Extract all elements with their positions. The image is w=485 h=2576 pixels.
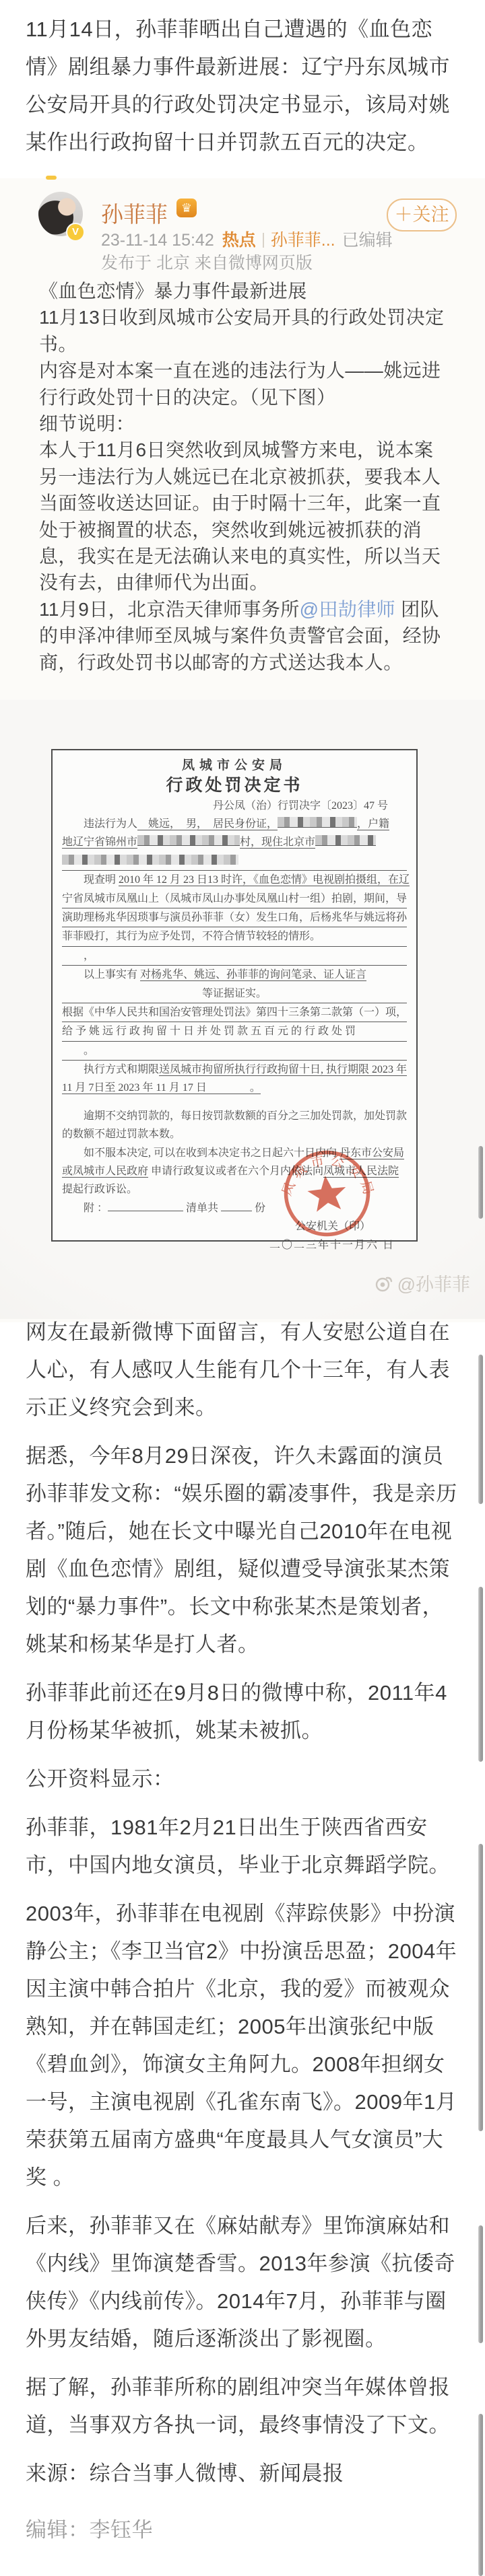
document-line: 违法行为人 姚远， 男， 居民身份证，，户籍 (62, 815, 407, 833)
watermark-text: @孙菲菲 (397, 1270, 470, 1296)
edited-label: 已编辑 (342, 231, 393, 250)
paragraph-comments: 网友在最新微博下面留言，有人安慰公道自在人心，有人感叹人生能有几个十三年，有人表… (26, 1314, 459, 1427)
posted-from-line: 发布于 北京 来自微博网页版 (101, 250, 313, 274)
document-line (62, 1098, 407, 1107)
paragraph-bio: 孙菲菲，1981年2月21日出生于陕西省西安市，中国内地女演员，毕业于北京舞蹈学… (26, 1809, 459, 1884)
document-line: 菲菲殴打，其行为应予处罚，不符合情节较轻的情形。 (62, 927, 407, 946)
paragraph-profile-lead: 公开资料显示： (26, 1760, 459, 1798)
article-intro: 11月14日，孙菲菲晒出自己遭遇的《血色恋情》剧组暴力事件最新进展：辽宁丹东凤城… (26, 11, 459, 172)
document-title: 行政处罚决定书 (62, 775, 407, 797)
scrollbar-thumb[interactable] (478, 1587, 483, 1762)
lawyer-mention-link[interactable]: @田劼律师 (300, 599, 395, 620)
document-photo: 凤城市公安局 行政处罚决定书 丹公凤（治）行罚决字〔2023〕47 号 违法行为… (0, 700, 485, 1319)
weibo-post-content: 《血色恋情》暴力事件最新进展 11月13日收到凤城市公安局开具的行政处罚决定书。… (39, 278, 446, 676)
document-number: 丹公凤（治）行罚决字〔2023〕47 号 (62, 797, 407, 815)
scrollbar-thumb[interactable] (478, 2225, 483, 2343)
document-line: 。 (62, 1042, 407, 1061)
hot-topic-link[interactable]: 孙菲菲... (271, 231, 335, 250)
redacted-mosaic (315, 835, 376, 846)
document-line: 逾期不交纳罚款的，每日按罚款数额的百分之三加处罚款，加处罚款 (62, 1107, 407, 1125)
paragraph-arrests: 孙菲菲此前还在9月8日的微博中称，2011年4月份杨某华被抓，姚某未被抓。 (26, 1674, 459, 1750)
document-line: 以上事实有 对杨兆华、姚远、孙菲菲的询问笔录、证人证言 (62, 966, 407, 984)
redacted-mosaic (62, 855, 238, 865)
paragraph-media: 据了解，孙菲菲所称的剧组冲突当年媒体曾报道，当事双方各执一词，最终事情没了下文。 (26, 2369, 459, 2444)
yellow-dash-decoration (46, 176, 57, 180)
document-line: 地辽宁省锦州市村，现住北京市 (62, 833, 407, 851)
document-line: 执行方式和期限送凤城市拘留所执行行政拘留十日, 执行期限 2023 年 (62, 1061, 407, 1079)
document-line: 现查明 2010 年 12 月 23 日13 时许，《血色恋情》电视剧拍摄组，在… (62, 871, 407, 889)
blank-field (221, 1204, 252, 1211)
post-timestamp: 23-11-14 15:42 (101, 231, 214, 250)
scrollbar-thumb[interactable] (478, 1146, 483, 1219)
vip-crown-icon: ♛ (176, 199, 197, 217)
editor-credit: 编辑：李钰华 (26, 2511, 459, 2549)
official-seal-icon: 凤城市公安局 (273, 1140, 381, 1247)
article-page: { "colors": { "accent_orange": "#df8a33"… (0, 0, 485, 2576)
weibo-logo-icon (373, 1273, 393, 1293)
scrollbar-thumb[interactable] (478, 1355, 483, 1504)
document-line: 给 予 姚 远 行 政 拘 留 十 日 并 处 罚 款 五 百 元 的 行 政 … (62, 1022, 407, 1041)
document-line: 演助理杨兆华因琐事与演员孙菲菲（女）发生口角，后杨兆华与姚远将孙 (62, 908, 407, 927)
weibo-username[interactable]: 孙菲菲 (101, 197, 168, 229)
document-line: 等证据证实。 (62, 985, 407, 1003)
redacted-mosaic (278, 817, 357, 828)
scrollbar-thumb[interactable] (478, 1844, 483, 2131)
document-line (62, 852, 407, 871)
document-line: 宁省凤城市凤凰山上（凤城市凤山办事处凤凰山村一组）拍剧，期间，导 (62, 890, 407, 908)
article-body: 网友在最新微博下面留言，有人安慰公道自在人心，有人感叹人生能有几个十三年，有人表… (26, 1314, 459, 2560)
follow-button[interactable]: ＋关注 (387, 199, 457, 231)
document-line: 根据《中华人民共和国治安管理处罚法》第四十三条第二款第（一）项， (62, 1003, 407, 1022)
document-agency: 凤城市公安局 (62, 757, 407, 775)
hot-tag[interactable]: 热点 (222, 231, 256, 250)
weibo-watermark: @孙菲菲 (373, 1270, 470, 1296)
paragraph-later-career: 后来，孙菲菲又在《麻姑献寿》里饰演麻姑和《内线》里饰演楚香雪。2013年参演《抗… (26, 2207, 459, 2358)
document-line: ， (62, 947, 407, 966)
paragraph-career: 2003年，孙菲菲在电视剧《萍踪侠影》中扮演静公主；《李卫当官2》中扮演岳思盈；… (26, 1895, 459, 2196)
redacted-mosaic (137, 835, 240, 846)
weibo-embed-card: V 孙菲菲 ♛ 23-11-14 15:42热点孙菲菲...已编辑 发布于 北京… (0, 178, 485, 1322)
meta-separator (263, 233, 264, 248)
document-line: 11 月 7日至 2023 年 11 月 17 日 。 (62, 1079, 407, 1097)
verified-v-icon: V (66, 223, 85, 242)
scrollbar-thumb[interactable] (478, 2414, 483, 2576)
blank-field (108, 1204, 183, 1211)
intro-paragraph: 11月14日，孙菲菲晒出自己遭遇的《血色恋情》剧组暴力事件最新进展：辽宁丹东凤城… (26, 11, 459, 162)
source-line: 来源：综合当事人微博、新闻晨报 (26, 2455, 459, 2493)
paragraph-accusation: 据悉，今年8月29日深夜，许久未露面的演员孙菲菲发文称：“娱乐圈的霸凌事件，我是… (26, 1437, 459, 1663)
post-text: 《血色恋情》暴力事件最新进展 11月13日收到凤城市公安局开具的行政处罚决定书。… (39, 281, 444, 620)
weibo-meta-line: 23-11-14 15:42热点孙菲菲...已编辑 (101, 227, 393, 251)
